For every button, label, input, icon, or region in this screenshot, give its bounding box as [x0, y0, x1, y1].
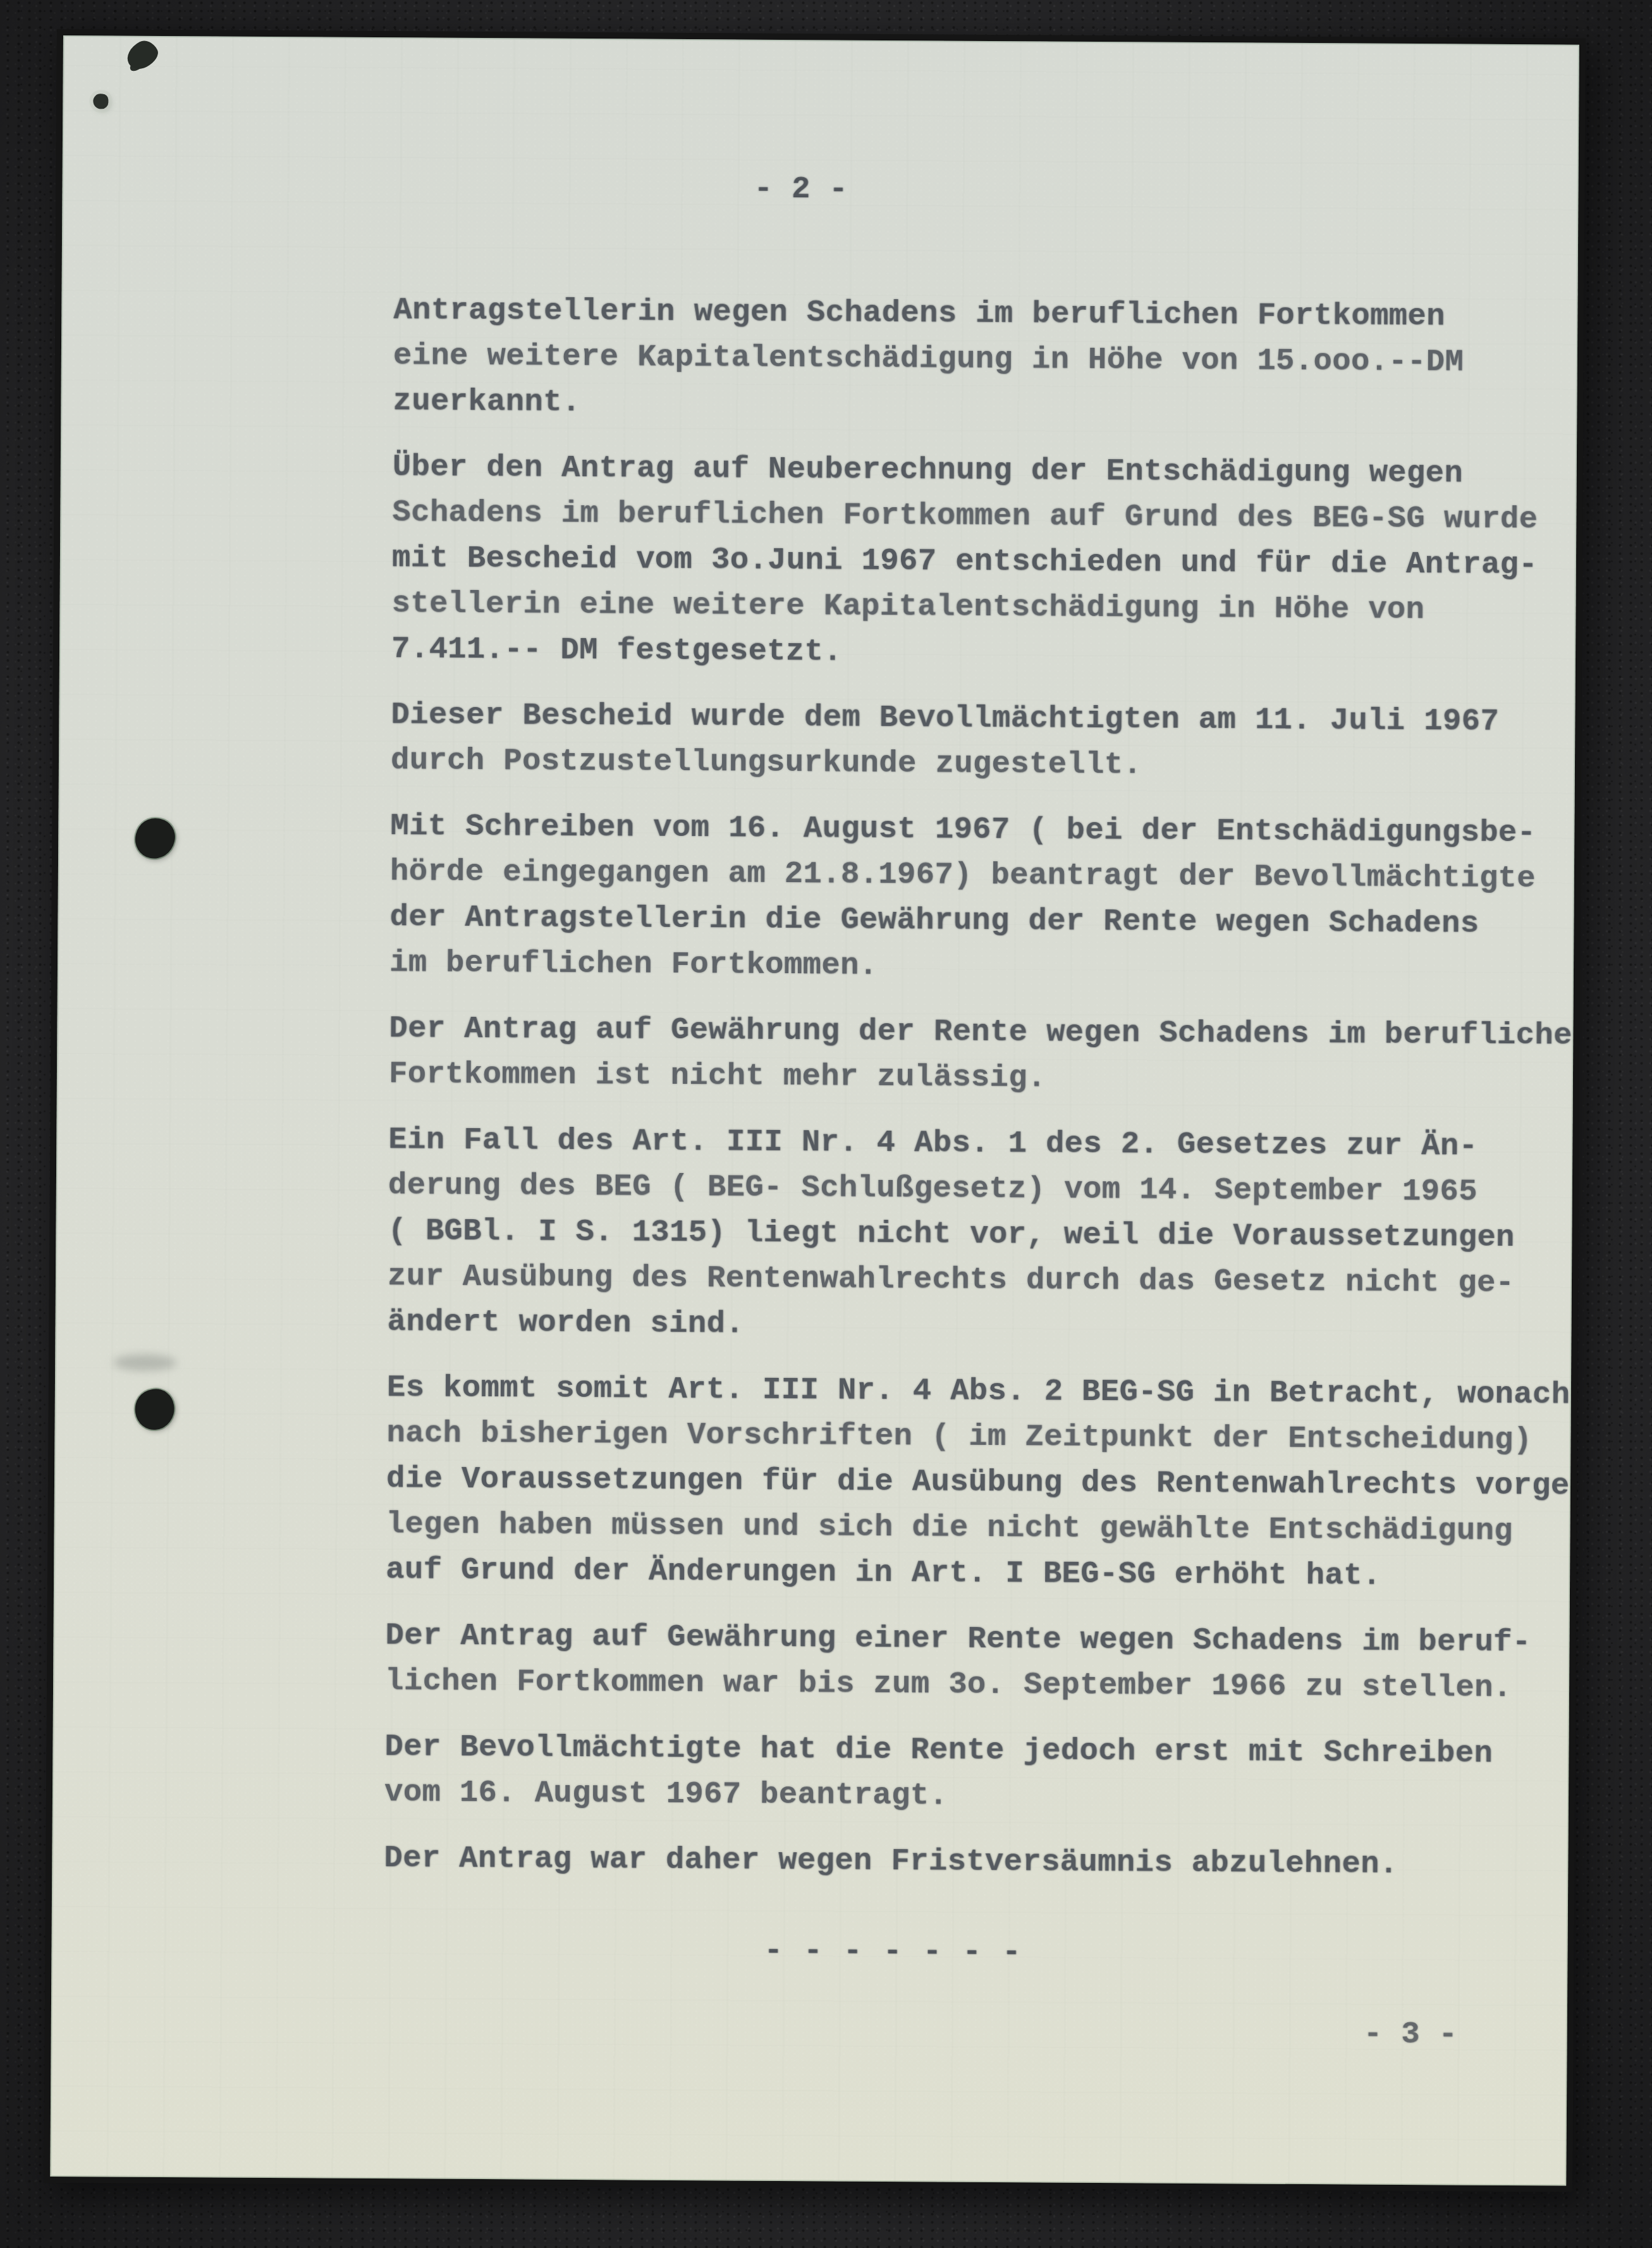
- text-line: Der Antrag auf Gewährung einer Rente weg…: [385, 1612, 1579, 1666]
- text-line: Ein Fall des Art. III Nr. 4 Abs. 1 des 2…: [388, 1117, 1579, 1170]
- text-line: Dieser Bescheid wurde dem Bevollmächtigt…: [391, 692, 1579, 745]
- text-line: Schadens im beruflichen Fortkommen auf G…: [392, 489, 1579, 543]
- paragraph: Dieser Bescheid wurde dem Bevollmächtigt…: [391, 692, 1579, 790]
- paragraph: Der Antrag auf Gewährung der Rente wegen…: [389, 1005, 1579, 1104]
- text-line: Es kommt somit Art. III Nr. 4 Abs. 2 BEG…: [387, 1365, 1579, 1418]
- ink-stain-large: [122, 36, 162, 73]
- ink-stain-small: [93, 94, 108, 109]
- text-line: Mit Schreiben vom 16. August 1967 ( bei …: [390, 803, 1579, 856]
- text-line: auf Grund der Änderungen in Art. I BEG-S…: [386, 1547, 1579, 1600]
- paragraph: Antragstellerin wegen Schadens im berufl…: [393, 287, 1579, 431]
- text-line: im beruflichen Fortkommen.: [389, 940, 1579, 993]
- page-number-top: - 2 -: [754, 166, 848, 212]
- text-line: zur Ausübung des Rentenwahlrechts durch …: [388, 1253, 1579, 1306]
- text-line: Der Antrag auf Gewährung der Rente wegen…: [389, 1005, 1579, 1059]
- text-line: hörde eingegangen am 21.8.1967) beantrag…: [390, 849, 1579, 902]
- paragraph: Es kommt somit Art. III Nr. 4 Abs. 2 BEG…: [386, 1365, 1579, 1600]
- text-line: 7.411.-- DM festgesetzt.: [391, 626, 1579, 679]
- document-page: - 2 - Antragstellerin wegen Schadens im …: [50, 35, 1579, 2186]
- text-line: lichen Fortkommen war bis zum 3o. Septem…: [385, 1658, 1579, 1711]
- text-line: nach bisherigen Vorschriften ( im Zeitpu…: [386, 1410, 1579, 1463]
- text-line: legen haben müssen und sich die nicht ge…: [386, 1501, 1579, 1554]
- text-line: Der Antrag war daher wegen Fristversäumn…: [384, 1835, 1579, 1888]
- text-line: mit Bescheid vom 3o.Juni 1967 entschiede…: [392, 535, 1579, 588]
- text-line: derung des BEG ( BEG- Schlußgesetz) vom …: [388, 1162, 1579, 1215]
- text-line: Der Bevollmächtigte hat die Rente jedoch…: [384, 1724, 1579, 1777]
- text-line: die Voraussetzungen für die Ausübung des…: [386, 1456, 1579, 1509]
- text-line: stellerin eine weitere Kapitalentschädig…: [391, 580, 1579, 634]
- text-line: durch Postzustellungsurkunde zugestellt.: [391, 737, 1579, 790]
- hole-punch-bottom: [133, 1387, 177, 1432]
- text-line: ändert worden sind.: [387, 1299, 1579, 1352]
- text-line: ( BGBl. I S. 1315) liegt nicht vor, weil…: [388, 1208, 1579, 1261]
- paragraph: Über den Antrag auf Neuberechnung der En…: [391, 444, 1579, 679]
- paragraph: Der Bevollmächtigte hat die Rente jedoch…: [384, 1724, 1579, 1822]
- text-line: vom 16. August 1967 beantragt.: [384, 1769, 1579, 1822]
- margin-smudge: [113, 1354, 176, 1372]
- paragraph: Ein Fall des Art. III Nr. 4 Abs. 1 des 2…: [387, 1117, 1579, 1352]
- paragraph: Mit Schreiben vom 16. August 1967 ( bei …: [389, 803, 1579, 993]
- paragraph: Der Antrag war daher wegen Fristversäumn…: [384, 1835, 1579, 1888]
- text-block: Antragstellerin wegen Schadens im berufl…: [384, 287, 1579, 1908]
- text-line: der Antragstellerin die Gewährung der Re…: [389, 894, 1579, 947]
- paragraph: Der Antrag auf Gewährung einer Rente weg…: [385, 1612, 1579, 1711]
- hole-punch-top: [132, 814, 178, 863]
- text-line: Fortkommen ist nicht mehr zulässig.: [389, 1051, 1579, 1104]
- text-line: Über den Antrag auf Neuberechnung der En…: [393, 444, 1579, 497]
- text-line: zuerkannt.: [393, 378, 1579, 431]
- text-line: Antragstellerin wegen Schadens im berufl…: [393, 287, 1579, 340]
- page-number-bottom: - 3 -: [1364, 2012, 1458, 2058]
- dashed-separator: - - - - - - -: [764, 1928, 1022, 1975]
- text-line: eine weitere Kapitalentschädigung in Höh…: [393, 333, 1579, 386]
